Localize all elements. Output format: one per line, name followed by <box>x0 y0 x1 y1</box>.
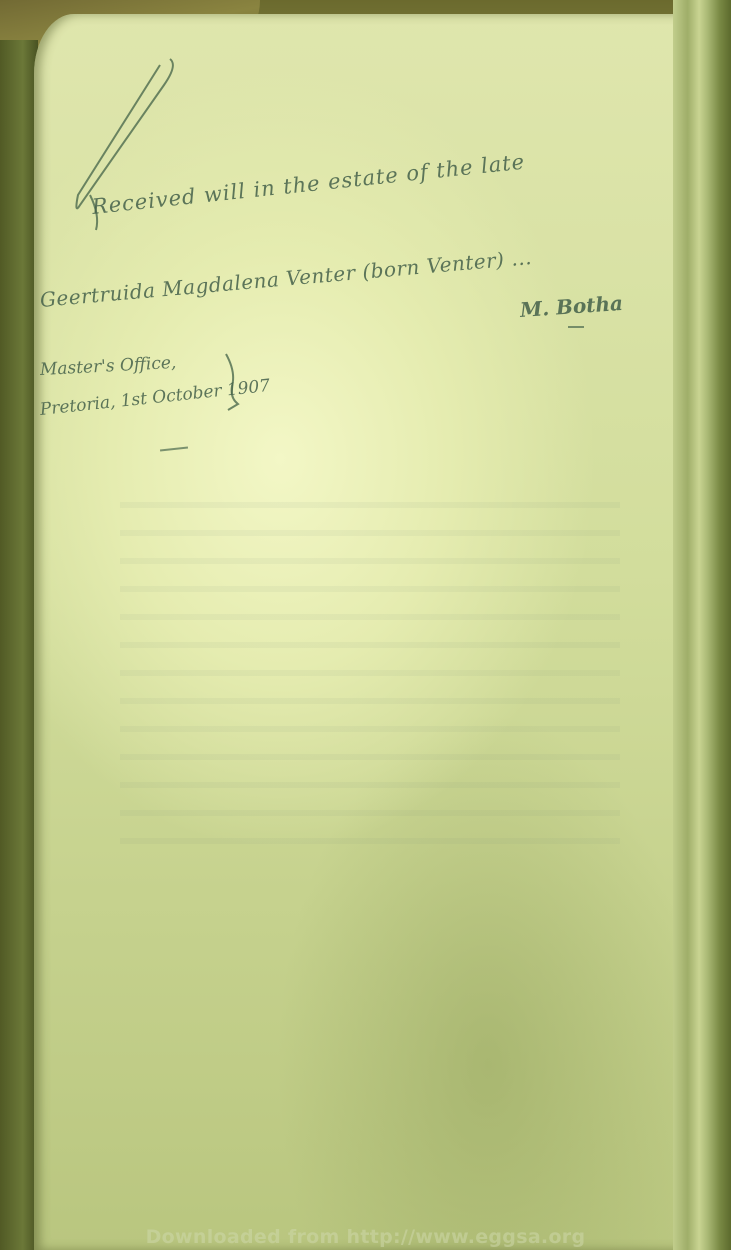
signature-underline <box>568 326 584 328</box>
book-spine-right-edge <box>673 0 731 1250</box>
closing-brace-icon <box>218 352 248 412</box>
left-facing-page-edge <box>0 40 38 1250</box>
bleed-through-text <box>120 480 620 860</box>
watermark: Downloaded from http://www.eggsa.org <box>0 1226 731 1248</box>
